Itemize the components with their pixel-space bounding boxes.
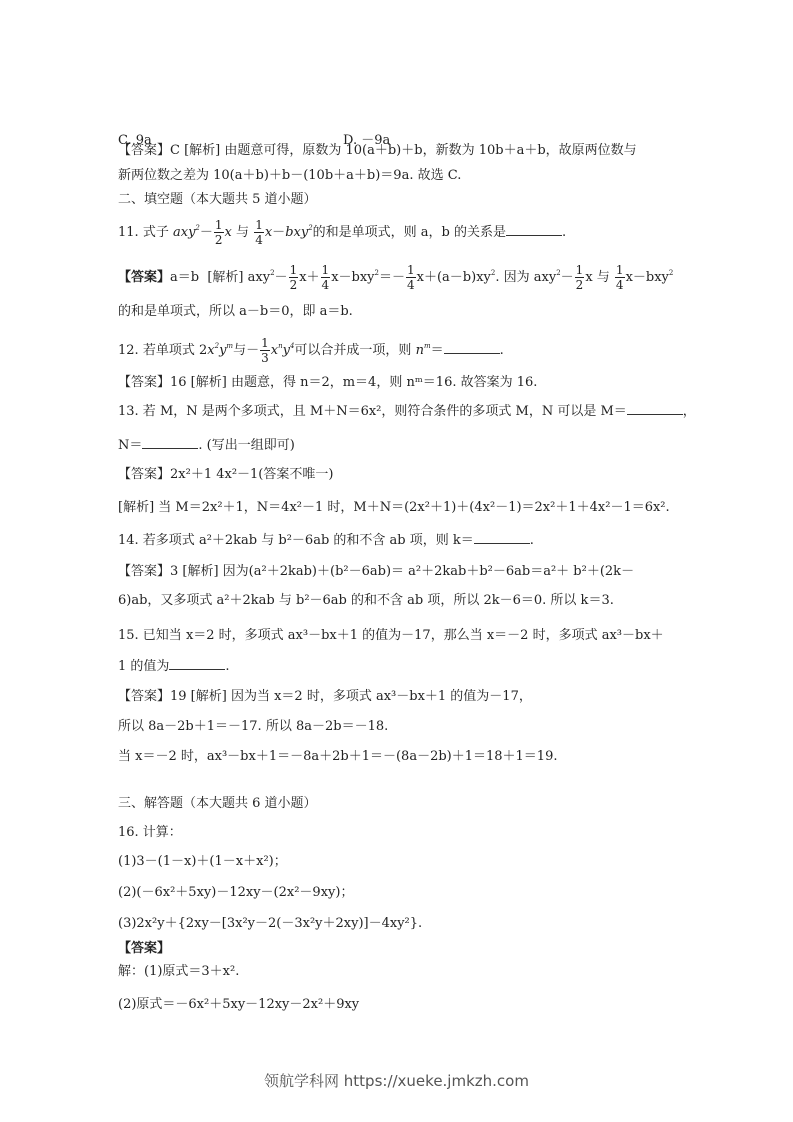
q11-answer-line2: 的和是单项式，所以 a－b＝0，即 a＝b. (118, 303, 353, 321)
answer-blank-m (627, 402, 683, 415)
q14-answer-line2: 6)ab，又多项式 a²＋2kab 与 b²－6ab 的和不含 ab 项，所以 … (118, 592, 614, 610)
q14-answer-line1: 【答案】3 [解析] 因为(a²＋2kab)＋(b²－6ab)＝ a²＋2kab… (118, 563, 634, 581)
q13-answer: 【答案】2x²＋1 4x²－1(答案不唯一) (118, 466, 333, 484)
q15-answer-line3: 当 x＝－2 时，ax³－bx＋1＝－8a＋2b＋1＝－(8a－2b)＋1＝18… (118, 748, 558, 766)
q10-answer-line2: 新两位数之差为 10(a＋b)＋b－(10b＋a＋b)＝9a. 故选 C. (118, 167, 461, 185)
answer-blank (169, 657, 225, 670)
question-16-part2: (2)(－6x²＋5xy)－12xy－(2x²－9xy)； (118, 884, 353, 902)
answer-blank (474, 531, 530, 544)
question-15-line1: 15. 已知当 x＝2 时，多项式 ax³－bx＋1 的值为－17，那么当 x＝… (118, 627, 664, 645)
q11-answer-line1: 【答案】a＝b [解析] axy2－12x＋14x－bxy2＝－14x＋(a－b… (118, 263, 673, 292)
q12-answer: 【答案】16 [解析] 由题意，得 n＝2，m＝4，则 nᵐ＝16. 故答案为 … (118, 374, 537, 392)
question-14: 14. 若多项式 a²＋2kab 与 b²－6ab 的和不含 ab 项，则 k＝… (118, 531, 534, 550)
q16-solution-2: (2)原式＝－6x²＋5xy－12xy－2x²＋9xy (118, 996, 359, 1014)
answer-blank-n (142, 436, 198, 449)
q13-analysis: [解析] 当 M＝2x²＋1，N＝4x²－1 时，M＋N＝(2x²＋1)＋(4x… (118, 499, 670, 517)
q15-answer-line2: 所以 8a－2b＋1＝－17. 所以 8a－2b＝－18. (118, 718, 388, 736)
question-12: 12. 若单项式 2x2ym与－13xny4可以合并成一项，则 nm＝. (118, 336, 504, 365)
q15-answer-line1: 【答案】19 [解析] 因为当 x＝2 时，多项式 ax³－bx＋1 的值为－1… (118, 688, 532, 706)
section-title-fill-blank: 二、填空题（本大题共 5 道小题） (118, 191, 317, 209)
q16-solution-1: 解：(1)原式＝3＋x². (118, 963, 239, 981)
answer-blank (444, 341, 500, 354)
q16-answer-label: 【答案】 (118, 940, 170, 958)
question-13-line1: 13. 若 M，N 是两个多项式，且 M＋N＝6x²，则符合条件的多项式 M，N… (118, 402, 696, 421)
question-16-part1: (1)3－(1－x)＋(1－x＋x²)； (118, 853, 287, 871)
question-15-line2: 1 的值为. (118, 657, 230, 676)
question-13-line2: N＝. (写出一组即可) (118, 436, 295, 455)
question-11: 11. 式子 axy2－12x 与 14x－bxy2的和是单项式，则 a，b 的… (118, 218, 566, 247)
q10-answer-line1: 【答案】C [解析] 由题意可得，原数为 10(a＋b)＋b，新数为 10b＋a… (118, 142, 637, 160)
question-16-part3: (3)2x²y＋{2xy－[3x²y－2(－3x²y＋2xy)]－4xy²}. (118, 915, 422, 933)
section-title-solve: 三、解答题（本大题共 6 道小题） (118, 795, 317, 813)
answer-blank (506, 223, 562, 236)
question-16-title: 16. 计算： (118, 824, 182, 842)
footer-watermark: 领航学科网 https://xueke.jmkzh.com (0, 1070, 793, 1091)
